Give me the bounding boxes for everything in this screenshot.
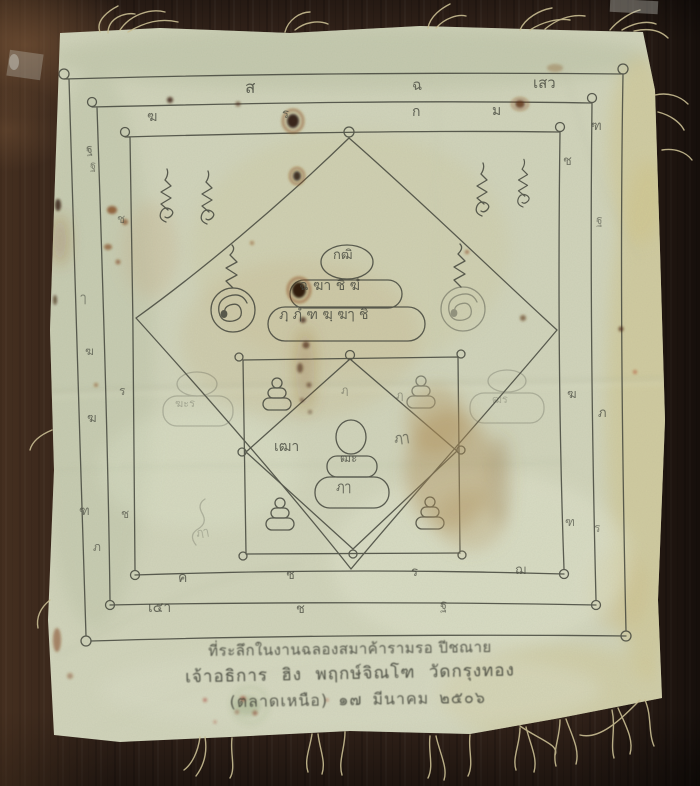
- photo-of-yantra-cloth: ที่ระลึกในงานฉลองสมาค้ารามรอ ปีชณาย เจ้า…: [0, 0, 700, 786]
- yant-cloth-scene: [0, 0, 700, 786]
